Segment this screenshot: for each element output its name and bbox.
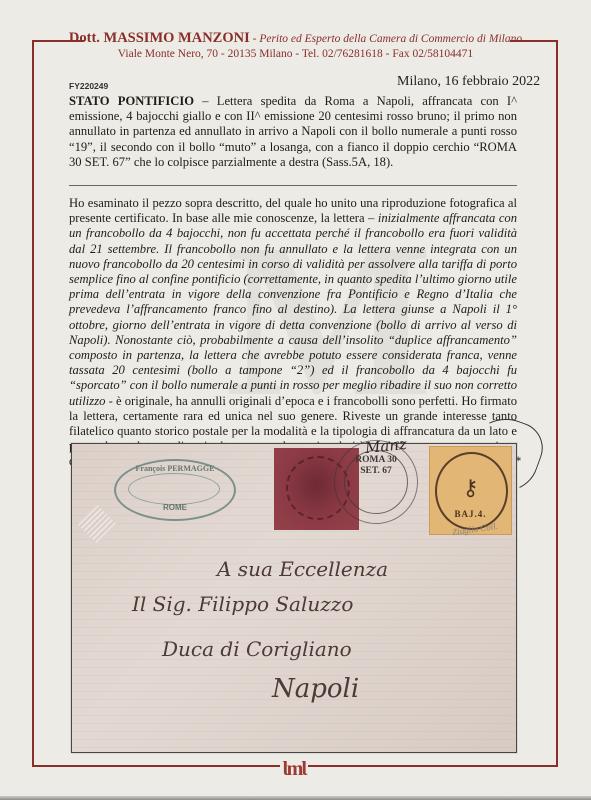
frame-border-right bbox=[556, 40, 558, 767]
letterhead: Dott. MASSIMO MANZONI - Perito ed Espert… bbox=[0, 30, 591, 60]
expert-role: - Perito ed Esperto della Camera di Comm… bbox=[250, 33, 522, 45]
frame-border-bottom-left bbox=[32, 765, 280, 767]
certificate-page: M Dott. MASSIMO MANZONI - Perito ed Espe… bbox=[0, 0, 591, 800]
sender-cachet-city: ROME bbox=[116, 503, 234, 512]
cover-photo: François PERMAGGE ROME ROMA 30 SET. 67 ⚷… bbox=[71, 443, 517, 753]
stamp-value: BAJ.4. bbox=[430, 509, 511, 519]
frame-border-bottom-right bbox=[308, 765, 558, 767]
address-line-2: Il Sig. Filippo Saluzzo bbox=[132, 592, 353, 616]
place-date: Milano, 16 febbraio 2022 bbox=[397, 74, 540, 90]
address-line-1: A sua Eccellenza bbox=[217, 557, 388, 581]
sender-cachet: François PERMAGGE ROME bbox=[114, 459, 236, 521]
footer-logo: ƖmƖ bbox=[281, 755, 307, 783]
cachet-inner-ring bbox=[128, 473, 220, 505]
address-line-3: Duca di Corigliano bbox=[162, 637, 352, 661]
section-divider bbox=[69, 185, 517, 186]
description-lead: STATO PONTIFICIO bbox=[69, 94, 194, 108]
roma-postmark: ROMA 30 SET. 67 bbox=[344, 450, 408, 514]
sender-cachet-name: François PERMAGGE bbox=[116, 464, 234, 473]
item-description: STATO PONTIFICIO – Lettera spedita da Ro… bbox=[69, 94, 517, 170]
letterhead-title: Dott. MASSIMO MANZONI - Perito ed Espert… bbox=[0, 30, 591, 47]
expert-opinion: Ho esaminato il pezzo sopra descritto, d… bbox=[69, 196, 517, 470]
postmark-text: ROMA 30 SET. 67 bbox=[345, 455, 407, 477]
address-line-4: Napoli bbox=[272, 674, 359, 704]
expert-name: Dott. MASSIMO MANZONI bbox=[69, 30, 250, 46]
frame-border-left bbox=[32, 40, 34, 767]
certificate-reference: FY220249 bbox=[69, 81, 108, 91]
scan-edge bbox=[0, 796, 591, 800]
expert-address: Viale Monte Nero, 70 - 20135 Milano - Te… bbox=[0, 48, 591, 60]
opinion-italic: inizialmente affrancata con un francobol… bbox=[69, 211, 517, 407]
